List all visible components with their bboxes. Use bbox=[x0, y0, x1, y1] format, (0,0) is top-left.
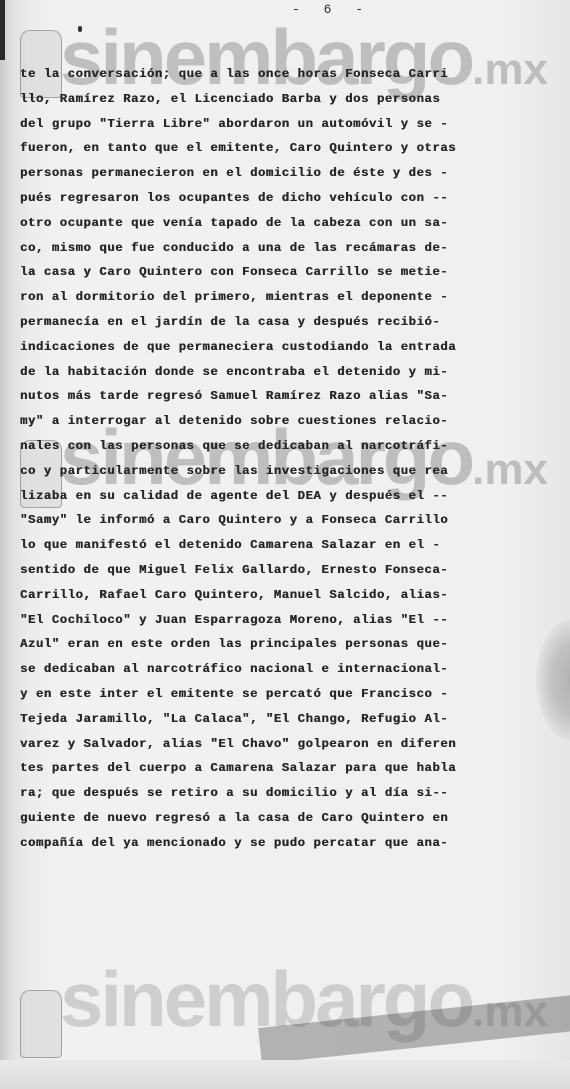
text-line: tes partes del cuerpo a Camarena Salazar… bbox=[20, 756, 540, 781]
text-line: la casa y Caro Quintero con Fonseca Carr… bbox=[20, 260, 540, 285]
text-line: y en este inter el emitente se percató q… bbox=[20, 682, 540, 707]
text-line: Azul" eran en este orden las principales… bbox=[20, 632, 540, 657]
text-line: Carrillo, Rafael Caro Quintero, Manuel S… bbox=[20, 583, 540, 608]
page-bottom bbox=[0, 1060, 570, 1089]
text-line: co y particularmente sobre las investiga… bbox=[20, 459, 540, 484]
scan-shadow bbox=[258, 993, 570, 1064]
text-line: personas permanecieron en el domicilio d… bbox=[20, 161, 540, 186]
text-line: permanecía en el jardín de la casa y des… bbox=[20, 310, 540, 335]
text-line: del grupo "Tierra Libre" abordaron un au… bbox=[20, 112, 540, 137]
text-line: sentido de que Miguel Felix Gallardo, Er… bbox=[20, 558, 540, 583]
seal-stamp bbox=[536, 620, 570, 740]
text-line: se dedicaban al narcotráfico nacional e … bbox=[20, 657, 540, 682]
text-line: varez y Salvador, alias "El Chavo" golpe… bbox=[20, 732, 540, 757]
text-line: Tejeda Jaramillo, "La Calaca", "El Chang… bbox=[20, 707, 540, 732]
scan-edge bbox=[0, 0, 5, 60]
document-page: - 6 - sinembargo.mx sinembargo.mx sinemb… bbox=[0, 0, 570, 1089]
text-line: otro ocupante que venía tapado de la cab… bbox=[20, 211, 540, 236]
text-line: "Samy" le informó a Caro Quintero y a Fo… bbox=[20, 508, 540, 533]
text-line: lo que manifestó el detenido Camarena Sa… bbox=[20, 533, 540, 558]
text-line: pués regresaron los ocupantes de dicho v… bbox=[20, 186, 540, 211]
text-line: ra; que después se retiro a su domicilio… bbox=[20, 781, 540, 806]
text-line: guiente de nuevo regresó a la casa de Ca… bbox=[20, 806, 540, 831]
page-number: - 6 - bbox=[292, 2, 371, 17]
text-line: lizaba en su calidad de agente del DEA y… bbox=[20, 484, 540, 509]
text-line: de la habitación donde se encontraba el … bbox=[20, 360, 540, 385]
text-line: te la conversación; que a las once horas… bbox=[20, 62, 540, 87]
text-line: co, mismo que fue conducido a una de las… bbox=[20, 236, 540, 261]
text-line: compañía del ya mencionado y se pudo per… bbox=[20, 831, 540, 856]
text-line: nales con las personas que se dedicaban … bbox=[20, 434, 540, 459]
text-line: my" a interrogar al detenido sobre cuest… bbox=[20, 409, 540, 434]
text-line: ron al dormitorio del primero, mientras … bbox=[20, 285, 540, 310]
typewritten-body: te la conversación; que a las once horas… bbox=[20, 62, 540, 856]
text-line: llo, Ramírez Razo, el Licenciado Barba y… bbox=[20, 87, 540, 112]
text-line: fueron, en tanto que el emitente, Caro Q… bbox=[20, 136, 540, 161]
watermark-hand-icon bbox=[20, 990, 62, 1058]
text-line: "El Cochiloco" y Juan Esparragoza Moreno… bbox=[20, 608, 540, 633]
ink-speck bbox=[78, 26, 82, 32]
text-line: indicaciones de que permaneciera custodi… bbox=[20, 335, 540, 360]
text-line: nutos más tarde regresó Samuel Ramírez R… bbox=[20, 384, 540, 409]
